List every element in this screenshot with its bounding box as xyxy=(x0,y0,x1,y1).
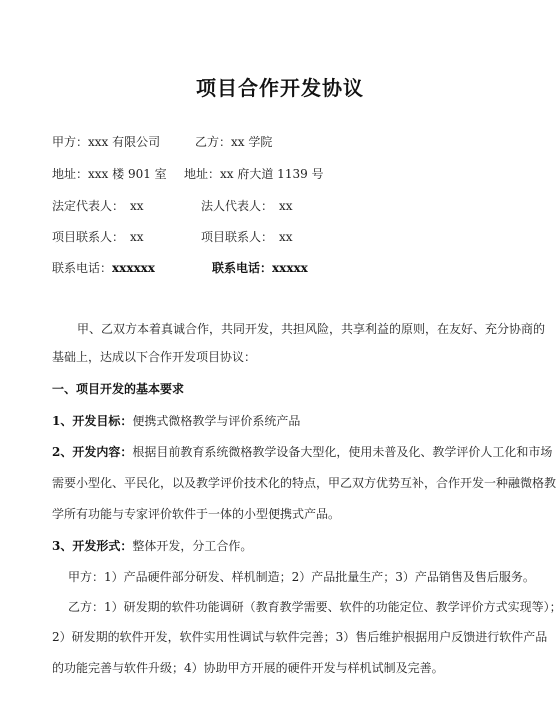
legal-rep-b-label: 法人代表人： xyxy=(201,199,273,213)
address-b-row: 地址：xx 府大道 1139 号 xyxy=(184,166,324,182)
legal-rep-a-value: xx xyxy=(130,199,144,213)
legal-rep-a-row: 法定代表人：xx xyxy=(52,198,144,214)
party-b-duty-line-2: 2）研发期的软件开发，软件实用性调试与软件完善；3）售后维护根据用户反馈进行软件… xyxy=(52,629,547,645)
party-b-row: 乙方：xx 学院 xyxy=(195,134,272,150)
item-2-row: 2、开发内容：根据目前教育系统微格教学设备大型化，使用未普及化、教学评价人工化和… xyxy=(52,444,552,460)
party-b-label: 乙方： xyxy=(195,135,231,149)
party-a-value: xxx 有限公司 xyxy=(88,135,160,149)
legal-rep-b-row: 法人代表人：xx xyxy=(201,198,293,214)
contact-b-value: xx xyxy=(279,230,293,244)
contact-a-row: 项目联系人：xx xyxy=(52,229,144,245)
phone-a-value: xxxxxx xyxy=(112,261,155,275)
phone-b-row: 联系电话：xxxxx xyxy=(212,260,308,276)
phone-b-label: 联系电话： xyxy=(212,261,272,275)
item-2-line-2: 需要小型化、平民化，以及教学评价技术化的特点，甲乙双方优势互补，合作开发一种融微… xyxy=(52,475,556,491)
item-3-label: 3、开发形式： xyxy=(52,539,132,553)
party-a-row: 甲方：xxx 有限公司 xyxy=(52,134,160,150)
legal-rep-a-label: 法定代表人： xyxy=(52,199,124,213)
phone-a-row: 联系电话：xxxxxx xyxy=(52,260,155,276)
address-a-row: 地址：xxx 楼 901 室 xyxy=(52,166,167,182)
address-b-label: 地址： xyxy=(184,167,220,181)
item-1-label: 1、开发目标： xyxy=(52,414,132,428)
contact-b-row: 项目联系人：xx xyxy=(201,229,293,245)
item-2-label: 2、开发内容： xyxy=(52,445,132,459)
address-a-value: xxx 楼 901 室 xyxy=(88,167,167,181)
item-1-row: 1、开发目标：便携式微格教学与评价系统产品 xyxy=(52,413,300,429)
item-2-line-3: 学所有功能与专家评价软件于一体的小型便携式产品。 xyxy=(52,506,340,522)
item-2-line-1: 根据目前教育系统微格教学设备大型化，使用未普及化、教学评价人工化和市场 xyxy=(132,445,552,459)
document-title: 项目合作开发协议 xyxy=(0,72,560,101)
address-b-value: xx 府大道 1139 号 xyxy=(220,167,324,181)
document-page: 项目合作开发协议 甲方：xxx 有限公司 乙方：xx 学院 地址：xxx 楼 9… xyxy=(0,0,560,725)
party-b-duty-line-1: 乙方：1）研发期的软件功能调研（教育教学需要、软件的功能定位、教学评价方式实现等… xyxy=(68,599,560,615)
phone-b-value: xxxxx xyxy=(272,261,308,275)
party-a-duty: 甲方：1）产品硬件部分研发、样机制造；2）产品批量生产；3）产品销售及售后服务。 xyxy=(68,569,535,585)
phone-a-label: 联系电话： xyxy=(52,261,112,275)
contact-a-value: xx xyxy=(130,230,144,244)
intro-line-1: 甲、乙双方本着真诚合作，共同开发，共担风险，共享利益的原则，在友好、充分协商的 xyxy=(77,321,545,337)
contact-a-label: 项目联系人： xyxy=(52,230,124,244)
item-3-row: 3、开发形式：整体开发，分工合作。 xyxy=(52,538,252,554)
item-3-text: 整体开发，分工合作。 xyxy=(132,539,252,553)
party-b-value: xx 学院 xyxy=(231,135,272,149)
intro-line-2: 基础上，达成以下合作开发项目协议： xyxy=(52,349,256,365)
party-b-duty-line-3: 的功能完善与软件升级；4）协助甲方开展的硬件开发与样机试制及完善。 xyxy=(52,660,444,676)
legal-rep-b-value: xx xyxy=(279,199,293,213)
contact-b-label: 项目联系人： xyxy=(201,230,273,244)
section-1-heading: 一、项目开发的基本要求 xyxy=(52,381,184,397)
address-a-label: 地址： xyxy=(52,167,88,181)
party-a-label: 甲方： xyxy=(52,135,88,149)
item-1-text: 便携式微格教学与评价系统产品 xyxy=(132,414,300,428)
